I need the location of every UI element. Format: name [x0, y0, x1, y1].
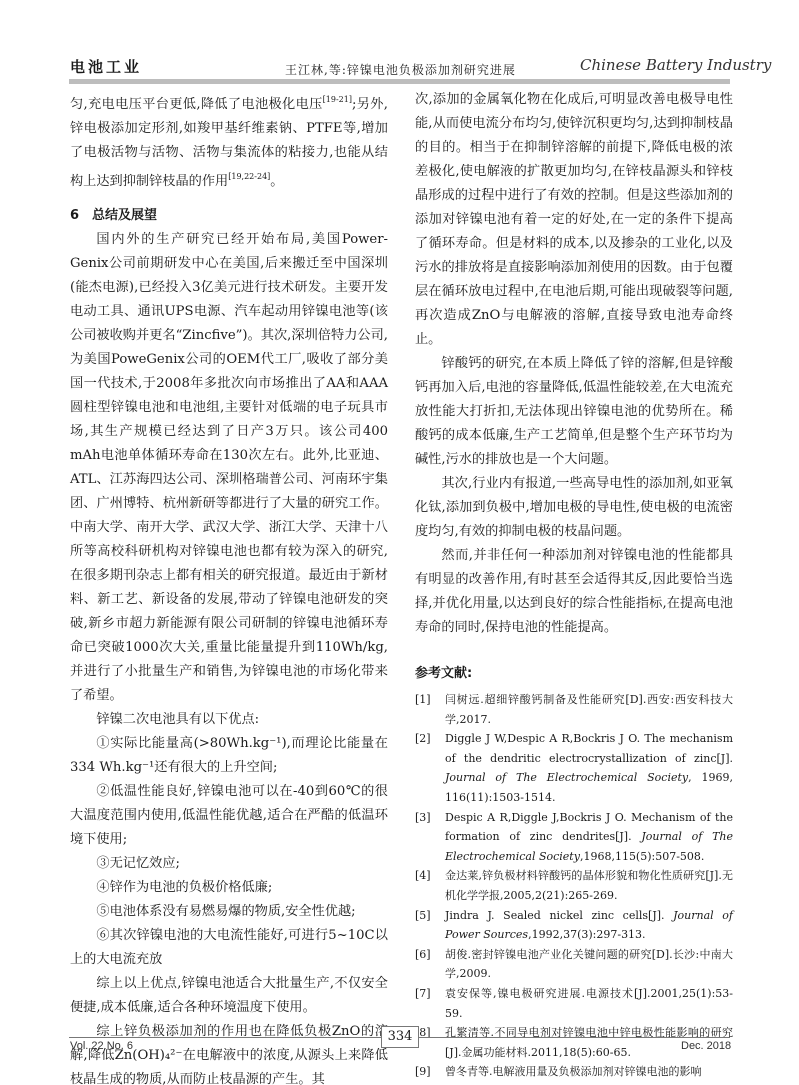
- right-column: 次,添加的金属氧化物在化成后,可明显改善电极导电性能,从而使电流分布均匀,使锌沉…: [415, 88, 733, 1082]
- list-item: ③无记忆效应;: [70, 852, 388, 876]
- issue-date: Dec. 2018: [681, 1040, 731, 1052]
- list-item: ⑥其次锌镍电池的大电流性能好,可进行5~10C以上的大电流充放: [70, 924, 388, 972]
- reference-item: [5]Jindra J. Sealed nickel zinc cells[J]…: [415, 906, 733, 945]
- volume-info: Vol. 22 No. 6: [70, 1040, 133, 1052]
- reference-item: [1]闫树远.超细锌酸钙制备及性能研究[D].西安:西安科技大学,2017.: [415, 690, 733, 729]
- text: 匀,充电电压平台更低,降低了电池极化电压: [70, 97, 323, 112]
- reference-item: [3]Despic A R,Diggle J,Bockris J O. Mech…: [415, 808, 733, 867]
- citation: [19,22-24]: [228, 172, 270, 181]
- journal-name-en: Chinese Battery Industry: [580, 56, 771, 74]
- paragraph: 综上以上优点,锌镍电池适合大批量生产,不仅安全便捷,成本低廉,适合各种环境温度下…: [70, 972, 388, 1020]
- left-column: 匀,充电电压平台更低,降低了电池极化电压[19-21];另外,锌电极添加定形剂,…: [70, 88, 388, 1085]
- references-heading: 参考文献:: [415, 662, 733, 686]
- list-item: ②低温性能良好,锌镍电池可以在-40到60℃的很大温度范围内使用,低温性能优越,…: [70, 780, 388, 852]
- paragraph: 锌酸钙的研究,在本质上降低了锌的溶解,但是锌酸钙再加入后,电池的容量降低,低温性…: [415, 352, 733, 472]
- section-heading: 6 总结及展望: [70, 204, 388, 228]
- reference-item: [9]曾冬青等.电解液用量及负极添加剂对锌镍电池的影响: [415, 1062, 733, 1082]
- footer-rule: [69, 1037, 381, 1038]
- ref-number: [4]: [415, 866, 445, 905]
- citation: [19-21]: [323, 95, 352, 104]
- reference-item: [7]袁安保等,镍电极研究进展.电源技术[J].2001,25(1):53-59…: [415, 984, 733, 1023]
- ref-number: [6]: [415, 945, 445, 984]
- paragraph: 匀,充电电压平台更低,降低了电池极化电压[19-21];另外,锌电极添加定形剂,…: [70, 88, 388, 194]
- list-item: ⑤电池体系没有易燃易爆的物质,安全性优越;: [70, 900, 388, 924]
- ref-text: Jindra J. Sealed nickel zinc cells[J]. J…: [445, 906, 733, 945]
- ref-text: 金达莱,锌负极材料锌酸钙的晶体形貌和物化性质研究[J].无机化学学报,2005,…: [445, 866, 733, 905]
- ref-number: [2]: [415, 729, 445, 807]
- text: 。: [270, 174, 283, 189]
- page-number: 334: [381, 1026, 419, 1048]
- ref-text: Diggle J W,Despic A R,Bockris J O. The m…: [445, 729, 733, 807]
- reference-list: [1]闫树远.超细锌酸钙制备及性能研究[D].西安:西安科技大学,2017. […: [415, 690, 733, 1082]
- reference-item: [6]胡俊.密封锌镍电池产业化关键问题的研究[D].长沙:中南大学,2009.: [415, 945, 733, 984]
- reference-item: [4]金达莱,锌负极材料锌酸钙的晶体形貌和物化性质研究[J].无机化学学报,20…: [415, 866, 733, 905]
- journal-name: 电池工业: [70, 56, 142, 77]
- ref-number: [7]: [415, 984, 445, 1023]
- ref-text: 胡俊.密封锌镍电池产业化关键问题的研究[D].长沙:中南大学,2009.: [445, 945, 733, 984]
- list-item: ①实际比能量高(>80Wh.kg⁻¹),而理论比能量在334 Wh.kg⁻¹还有…: [70, 732, 388, 780]
- running-title: 王江林,等:锌镍电池负极添加剂研究进展: [285, 61, 516, 78]
- header-rule: [69, 79, 730, 84]
- ref-number: [1]: [415, 690, 445, 729]
- list-item: ④锌作为电池的负极价格低廉;: [70, 876, 388, 900]
- ref-number: [9]: [415, 1062, 445, 1082]
- footer-rule: [418, 1037, 730, 1038]
- ref-text: 袁安保等,镍电极研究进展.电源技术[J].2001,25(1):53-59.: [445, 984, 733, 1023]
- ref-number: [8]: [415, 1023, 445, 1062]
- paragraph: 然而,并非任何一种添加剂对锌镍电池的性能都具有明显的改善作用,有时甚至会适得其反…: [415, 544, 733, 640]
- paragraph: 综上锌负极添加剂的作用也在降低负极ZnO的溶解,降低Zn(OH)₄²⁻在电解液中…: [70, 1020, 388, 1085]
- ref-number: [5]: [415, 906, 445, 945]
- ref-text: 闫树远.超细锌酸钙制备及性能研究[D].西安:西安科技大学,2017.: [445, 690, 733, 729]
- paragraph: 次,添加的金属氧化物在化成后,可明显改善电极导电性能,从而使电流分布均匀,使锌沉…: [415, 88, 733, 352]
- paragraph: 其次,行业内有报道,一些高导电性的添加剂,如亚氧化钛,添加到负极中,增加电极的导…: [415, 472, 733, 544]
- ref-number: [3]: [415, 808, 445, 867]
- paragraph: 国内外的生产研究已经开始布局,美国Power-Genix公司前期研发中心在美国,…: [70, 228, 388, 708]
- ref-text: 曾冬青等.电解液用量及负极添加剂对锌镍电池的影响: [445, 1062, 733, 1082]
- reference-item: [2]Diggle J W,Despic A R,Bockris J O. Th…: [415, 729, 733, 807]
- paragraph: 锌镍二次电池具有以下优点:: [70, 708, 388, 732]
- ref-text: Despic A R,Diggle J,Bockris J O. Mechani…: [445, 808, 733, 867]
